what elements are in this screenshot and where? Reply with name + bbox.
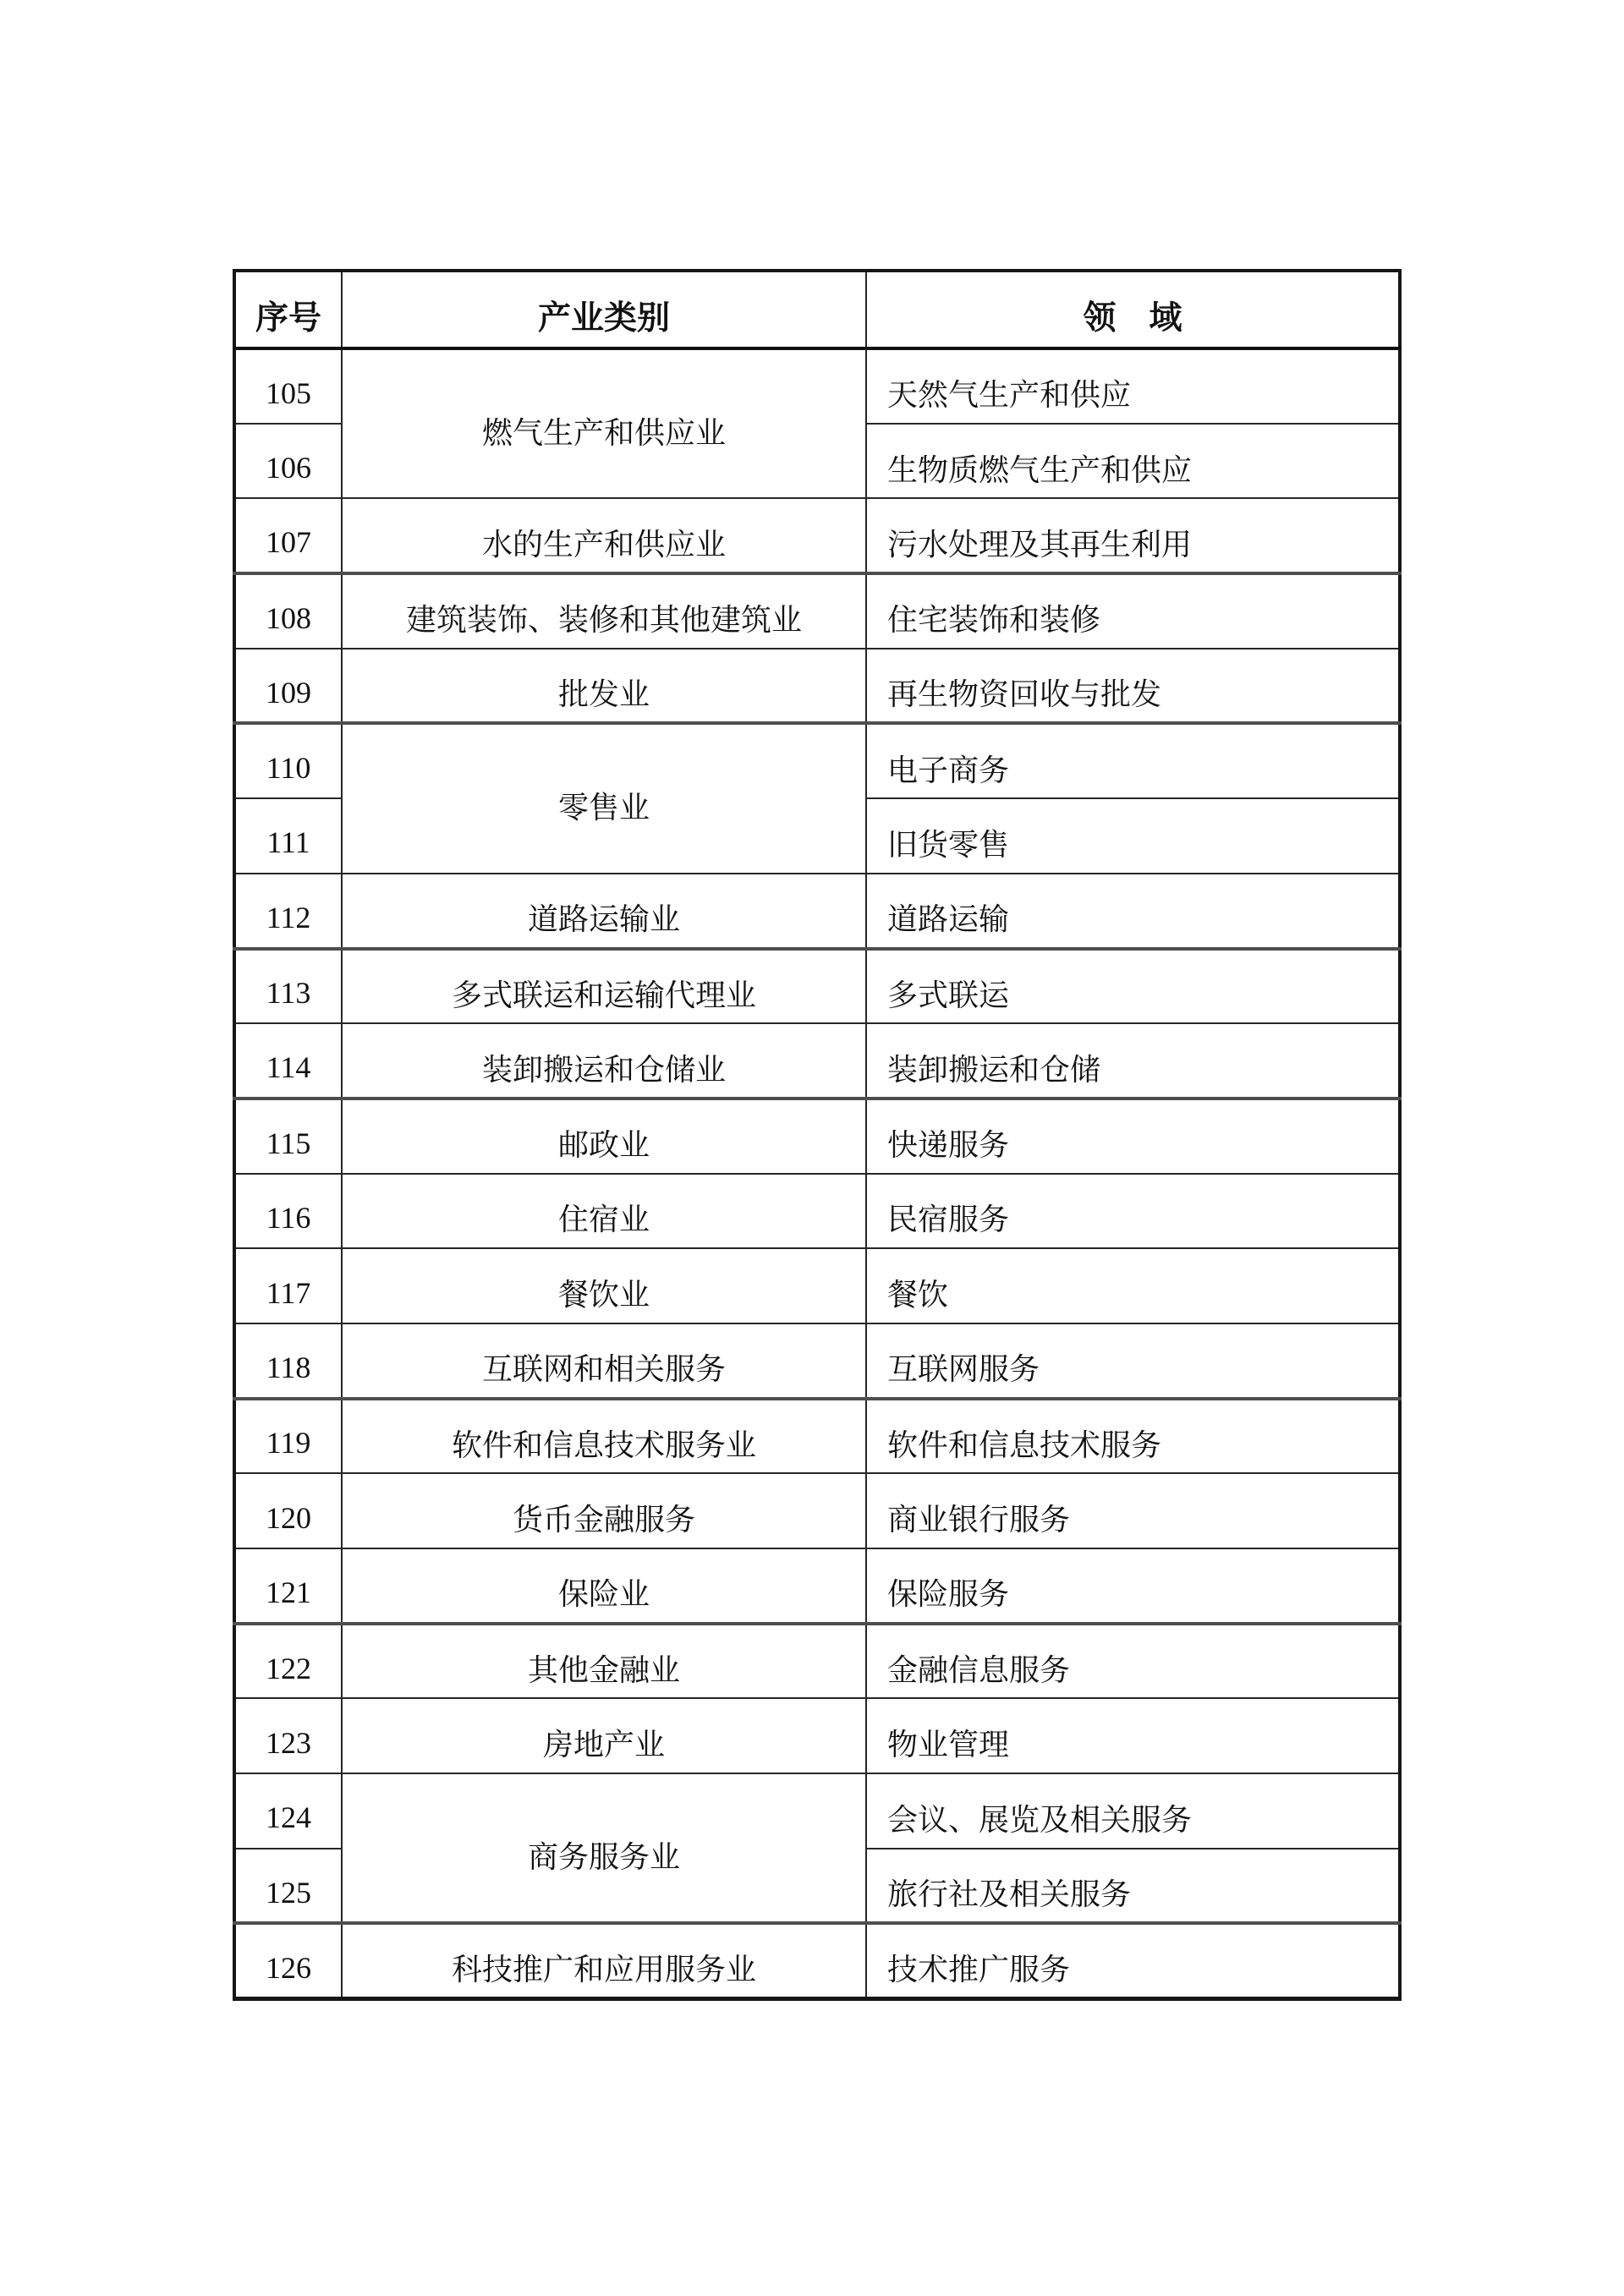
field-cell: 生物质燃气生产和供应 — [866, 424, 1400, 499]
table-row: 108建筑装饰、装修和其他建筑业住宅装饰和装修 — [234, 573, 1400, 649]
category-cell: 房地产业 — [342, 1698, 866, 1773]
serial-number-cell: 124 — [234, 1773, 342, 1849]
category-cell: 科技推广和应用服务业 — [342, 1923, 866, 1998]
serial-number-cell: 116 — [234, 1174, 342, 1249]
table-row: 121保险业保险服务 — [234, 1548, 1400, 1624]
document-page: 序号 产业类别 领 域 105燃气生产和供应业天然气生产和供应106生物质燃气生… — [0, 0, 1624, 2296]
field-cell: 金融信息服务 — [866, 1624, 1400, 1699]
header-cell-category: 产业类别 — [342, 271, 866, 348]
table-body: 105燃气生产和供应业天然气生产和供应106生物质燃气生产和供应107水的生产和… — [234, 348, 1400, 1998]
field-cell: 污水处理及其再生利用 — [866, 498, 1400, 573]
category-cell: 餐饮业 — [342, 1248, 866, 1323]
serial-number-cell: 113 — [234, 949, 342, 1024]
serial-number-cell: 118 — [234, 1323, 342, 1399]
table-row: 105燃气生产和供应业天然气生产和供应 — [234, 348, 1400, 424]
category-cell: 零售业 — [342, 723, 866, 873]
category-cell: 批发业 — [342, 649, 866, 724]
table-row: 126科技推广和应用服务业技术推广服务 — [234, 1923, 1400, 1998]
serial-number-cell: 112 — [234, 874, 342, 949]
field-cell: 快递服务 — [866, 1099, 1400, 1174]
table-row: 123房地产业物业管理 — [234, 1698, 1400, 1773]
header-row: 序号 产业类别 领 域 — [234, 271, 1400, 348]
serial-number-cell: 106 — [234, 424, 342, 499]
serial-number-cell: 110 — [234, 723, 342, 798]
serial-number-cell: 121 — [234, 1548, 342, 1624]
table-row: 107水的生产和供应业污水处理及其再生利用 — [234, 498, 1400, 573]
category-cell: 道路运输业 — [342, 874, 866, 949]
field-cell: 旧货零售 — [866, 798, 1400, 874]
field-cell: 住宅装饰和装修 — [866, 573, 1400, 649]
category-cell: 互联网和相关服务 — [342, 1323, 866, 1399]
serial-number-cell: 108 — [234, 573, 342, 649]
category-cell: 水的生产和供应业 — [342, 498, 866, 573]
category-cell: 商务服务业 — [342, 1773, 866, 1923]
serial-number-cell: 120 — [234, 1473, 342, 1548]
field-cell: 电子商务 — [866, 723, 1400, 798]
header-cell-serial: 序号 — [234, 271, 342, 348]
serial-number-cell: 119 — [234, 1399, 342, 1474]
category-cell: 燃气生产和供应业 — [342, 348, 866, 498]
category-cell: 软件和信息技术服务业 — [342, 1399, 866, 1474]
field-cell: 餐饮 — [866, 1248, 1400, 1323]
table-row: 109批发业再生物资回收与批发 — [234, 649, 1400, 724]
table-row: 116住宿业民宿服务 — [234, 1174, 1400, 1249]
table-row: 124商务服务业会议、展览及相关服务 — [234, 1773, 1400, 1849]
table-row: 114装卸搬运和仓储业装卸搬运和仓储 — [234, 1023, 1400, 1099]
category-cell: 多式联运和运输代理业 — [342, 949, 866, 1024]
serial-number-cell: 123 — [234, 1698, 342, 1773]
field-cell: 道路运输 — [866, 874, 1400, 949]
serial-number-cell: 105 — [234, 348, 342, 424]
field-cell: 再生物资回收与批发 — [866, 649, 1400, 724]
serial-number-cell: 109 — [234, 649, 342, 724]
table-row: 115邮政业快递服务 — [234, 1099, 1400, 1174]
field-cell: 多式联运 — [866, 949, 1400, 1024]
category-cell: 住宿业 — [342, 1174, 866, 1249]
serial-number-cell: 107 — [234, 498, 342, 573]
table-row: 113多式联运和运输代理业多式联运 — [234, 949, 1400, 1024]
table-row: 117餐饮业餐饮 — [234, 1248, 1400, 1323]
field-cell: 物业管理 — [866, 1698, 1400, 1773]
field-cell: 民宿服务 — [866, 1174, 1400, 1249]
category-cell: 其他金融业 — [342, 1624, 866, 1699]
field-cell: 会议、展览及相关服务 — [866, 1773, 1400, 1849]
field-cell: 互联网服务 — [866, 1323, 1400, 1399]
serial-number-cell: 114 — [234, 1023, 342, 1099]
field-cell: 商业银行服务 — [866, 1473, 1400, 1548]
category-cell: 保险业 — [342, 1548, 866, 1624]
field-cell: 天然气生产和供应 — [866, 348, 1400, 424]
serial-number-cell: 117 — [234, 1248, 342, 1323]
field-cell: 软件和信息技术服务 — [866, 1399, 1400, 1474]
field-cell: 旅行社及相关服务 — [866, 1849, 1400, 1924]
table-row: 119软件和信息技术服务业软件和信息技术服务 — [234, 1399, 1400, 1474]
header-cell-field: 领 域 — [866, 271, 1400, 348]
serial-number-cell: 125 — [234, 1849, 342, 1924]
table-header: 序号 产业类别 领 域 — [234, 271, 1400, 348]
serial-number-cell: 122 — [234, 1624, 342, 1699]
serial-number-cell: 126 — [234, 1923, 342, 1998]
field-cell: 装卸搬运和仓储 — [866, 1023, 1400, 1099]
serial-number-cell: 111 — [234, 798, 342, 874]
table-row: 122其他金融业金融信息服务 — [234, 1624, 1400, 1699]
category-cell: 装卸搬运和仓储业 — [342, 1023, 866, 1099]
industry-table: 序号 产业类别 领 域 105燃气生产和供应业天然气生产和供应106生物质燃气生… — [233, 269, 1402, 2001]
category-cell: 邮政业 — [342, 1099, 866, 1174]
table-row: 110零售业电子商务 — [234, 723, 1400, 798]
table-row: 120货币金融服务商业银行服务 — [234, 1473, 1400, 1548]
field-cell: 保险服务 — [866, 1548, 1400, 1624]
table-row: 118互联网和相关服务互联网服务 — [234, 1323, 1400, 1399]
category-cell: 建筑装饰、装修和其他建筑业 — [342, 573, 866, 649]
table-row: 112道路运输业道路运输 — [234, 874, 1400, 949]
category-cell: 货币金融服务 — [342, 1473, 866, 1548]
field-cell: 技术推广服务 — [866, 1923, 1400, 1998]
serial-number-cell: 115 — [234, 1099, 342, 1174]
